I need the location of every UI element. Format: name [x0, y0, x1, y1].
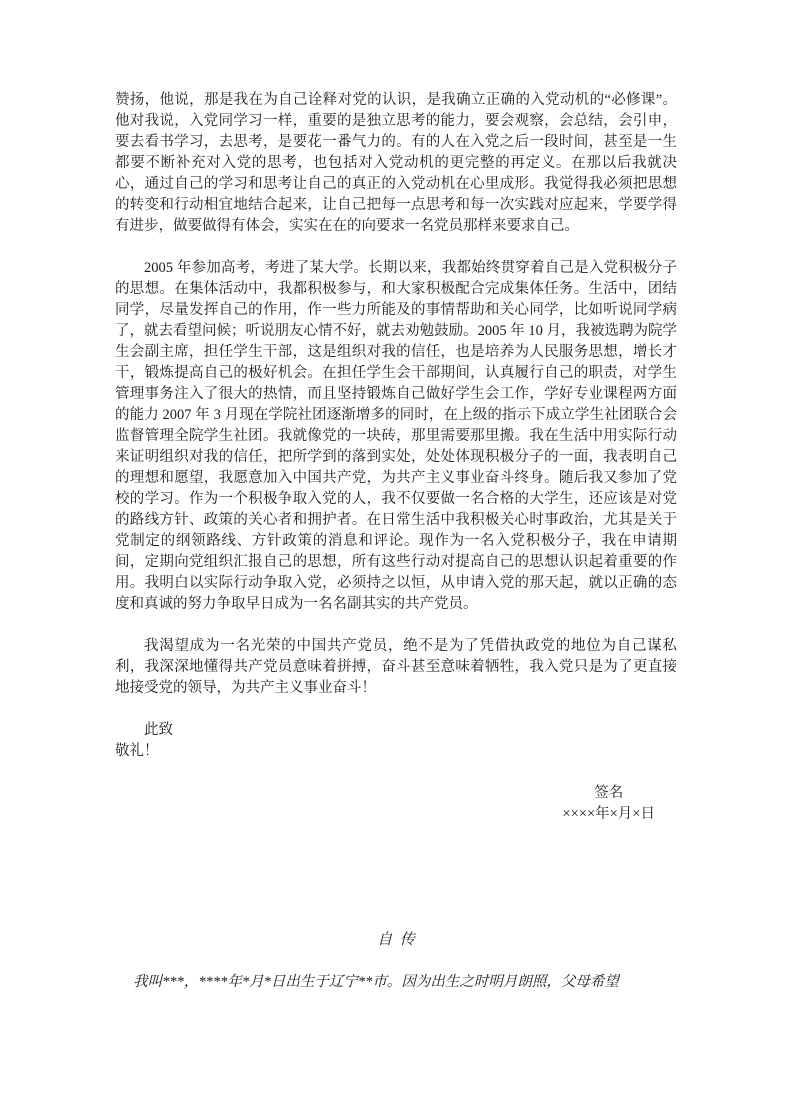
- letter-paragraph-2: 2005 年参加高考，考进了某大学。长期以来，我都始终贯穿着自己是入党积极分子的…: [115, 258, 677, 615]
- autobiography-opening-line: 我叫***，****年*月*日出生于辽宁**市。因为出生之时明月朗照，父母希望: [115, 972, 677, 993]
- letter-paragraph-3: 我渴望成为一名光荣的中国共产党员，绝不是为了凭借执政党的地位为自己谋私利，我深深…: [115, 636, 677, 699]
- document-page: 赞扬，他说，那是我在为自己诠释对党的认识，是我确立正确的入党动机的“必修课”。他…: [0, 0, 792, 1120]
- signature-block: 签名 ××××年×月×日: [115, 783, 677, 825]
- signature-date: ××××年×月×日: [562, 804, 655, 825]
- signature-inner: 签名 ××××年×月×日: [562, 783, 655, 825]
- autobiography-section: 自传 我叫***，****年*月*日出生于辽宁**市。因为出生之时明月朗照，父母…: [115, 930, 677, 993]
- autobiography-title: 自传: [115, 930, 677, 951]
- closing-salute: 此致: [115, 720, 677, 741]
- signature-name-label: 签名: [562, 783, 655, 804]
- closing-regards: 敬礼！: [115, 741, 677, 762]
- application-letter-body: 赞扬，他说，那是我在为自己诠释对党的认识，是我确立正确的入党动机的“必修课”。他…: [115, 90, 677, 825]
- letter-paragraph-1: 赞扬，他说，那是我在为自己诠释对党的认识，是我确立正确的入党动机的“必修课”。他…: [115, 90, 677, 237]
